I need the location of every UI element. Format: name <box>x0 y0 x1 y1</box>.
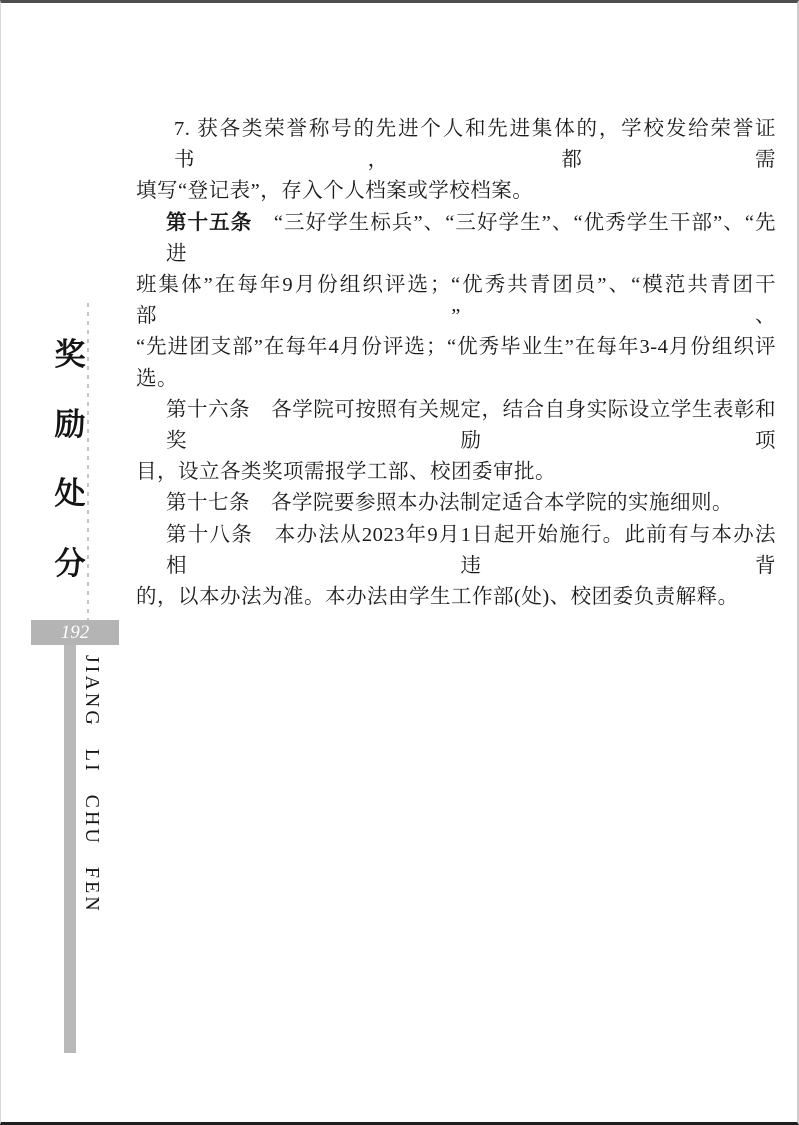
clause-18-line-1: 第十八条 本办法从2023年9月1日起开始施行。此前有与本办法相违背 <box>136 520 776 582</box>
clause-15-line-3: “先进团支部”在每年4月份评选；“优秀毕业生”在每年3-4月份组织评选。 <box>136 332 776 394</box>
chapter-title-vertical: 奖 励 处 分 <box>53 339 87 579</box>
chapter-title-char: 分 <box>55 548 86 579</box>
clause-16-line-2: 目，设立各类奖项需报学工部、校团委审批。 <box>136 457 776 488</box>
chapter-title-pinyin: JIANG LI CHU FEN <box>80 655 103 914</box>
page-number-badge: 192 <box>31 620 119 645</box>
clause-17-line: 第十七条 各学院要参照本办法制定适合本学院的实施细则。 <box>136 488 776 519</box>
document-page: 7. 获各类荣誉称号的先进个人和先进集体的，学校发给荣誉证书，都需 填写“登记表… <box>0 0 799 1125</box>
sidebar-dashed-divider <box>87 303 89 621</box>
chapter-title-char: 处 <box>55 478 86 509</box>
clause-15-heading: 第十五条 <box>166 212 252 234</box>
sidebar-vertical-bar <box>64 645 76 1053</box>
clause-15-line-1: 第十五条 “三好学生标兵”、“三好学生”、“优秀学生干部”、“先进 <box>136 208 776 270</box>
item-7-line-2: 填写“登记表”，存入个人档案或学校档案。 <box>136 176 776 207</box>
clause-15-line-2: 班集体”在每年9月份组织评选；“优秀共青团员”、“模范共青团干部”、 <box>136 270 776 332</box>
document-body: 7. 获各类荣誉称号的先进个人和先进集体的，学校发给荣誉证书，都需 填写“登记表… <box>136 114 776 613</box>
clause-15-text: “三好学生标兵”、“三好学生”、“优秀学生干部”、“先进 <box>166 212 776 265</box>
item-7-line-1: 7. 获各类荣誉称号的先进个人和先进集体的，学校发给荣誉证书，都需 <box>136 114 776 176</box>
chapter-title-char: 励 <box>55 409 86 440</box>
clause-16-line-1: 第十六条 各学院可按照有关规定，结合自身实际设立学生表彰和奖励项 <box>136 395 776 457</box>
clause-18-line-2: 的，以本办法为准。本办法由学生工作部(处)、校团委负责解释。 <box>136 582 776 613</box>
chapter-title-char: 奖 <box>55 339 86 370</box>
